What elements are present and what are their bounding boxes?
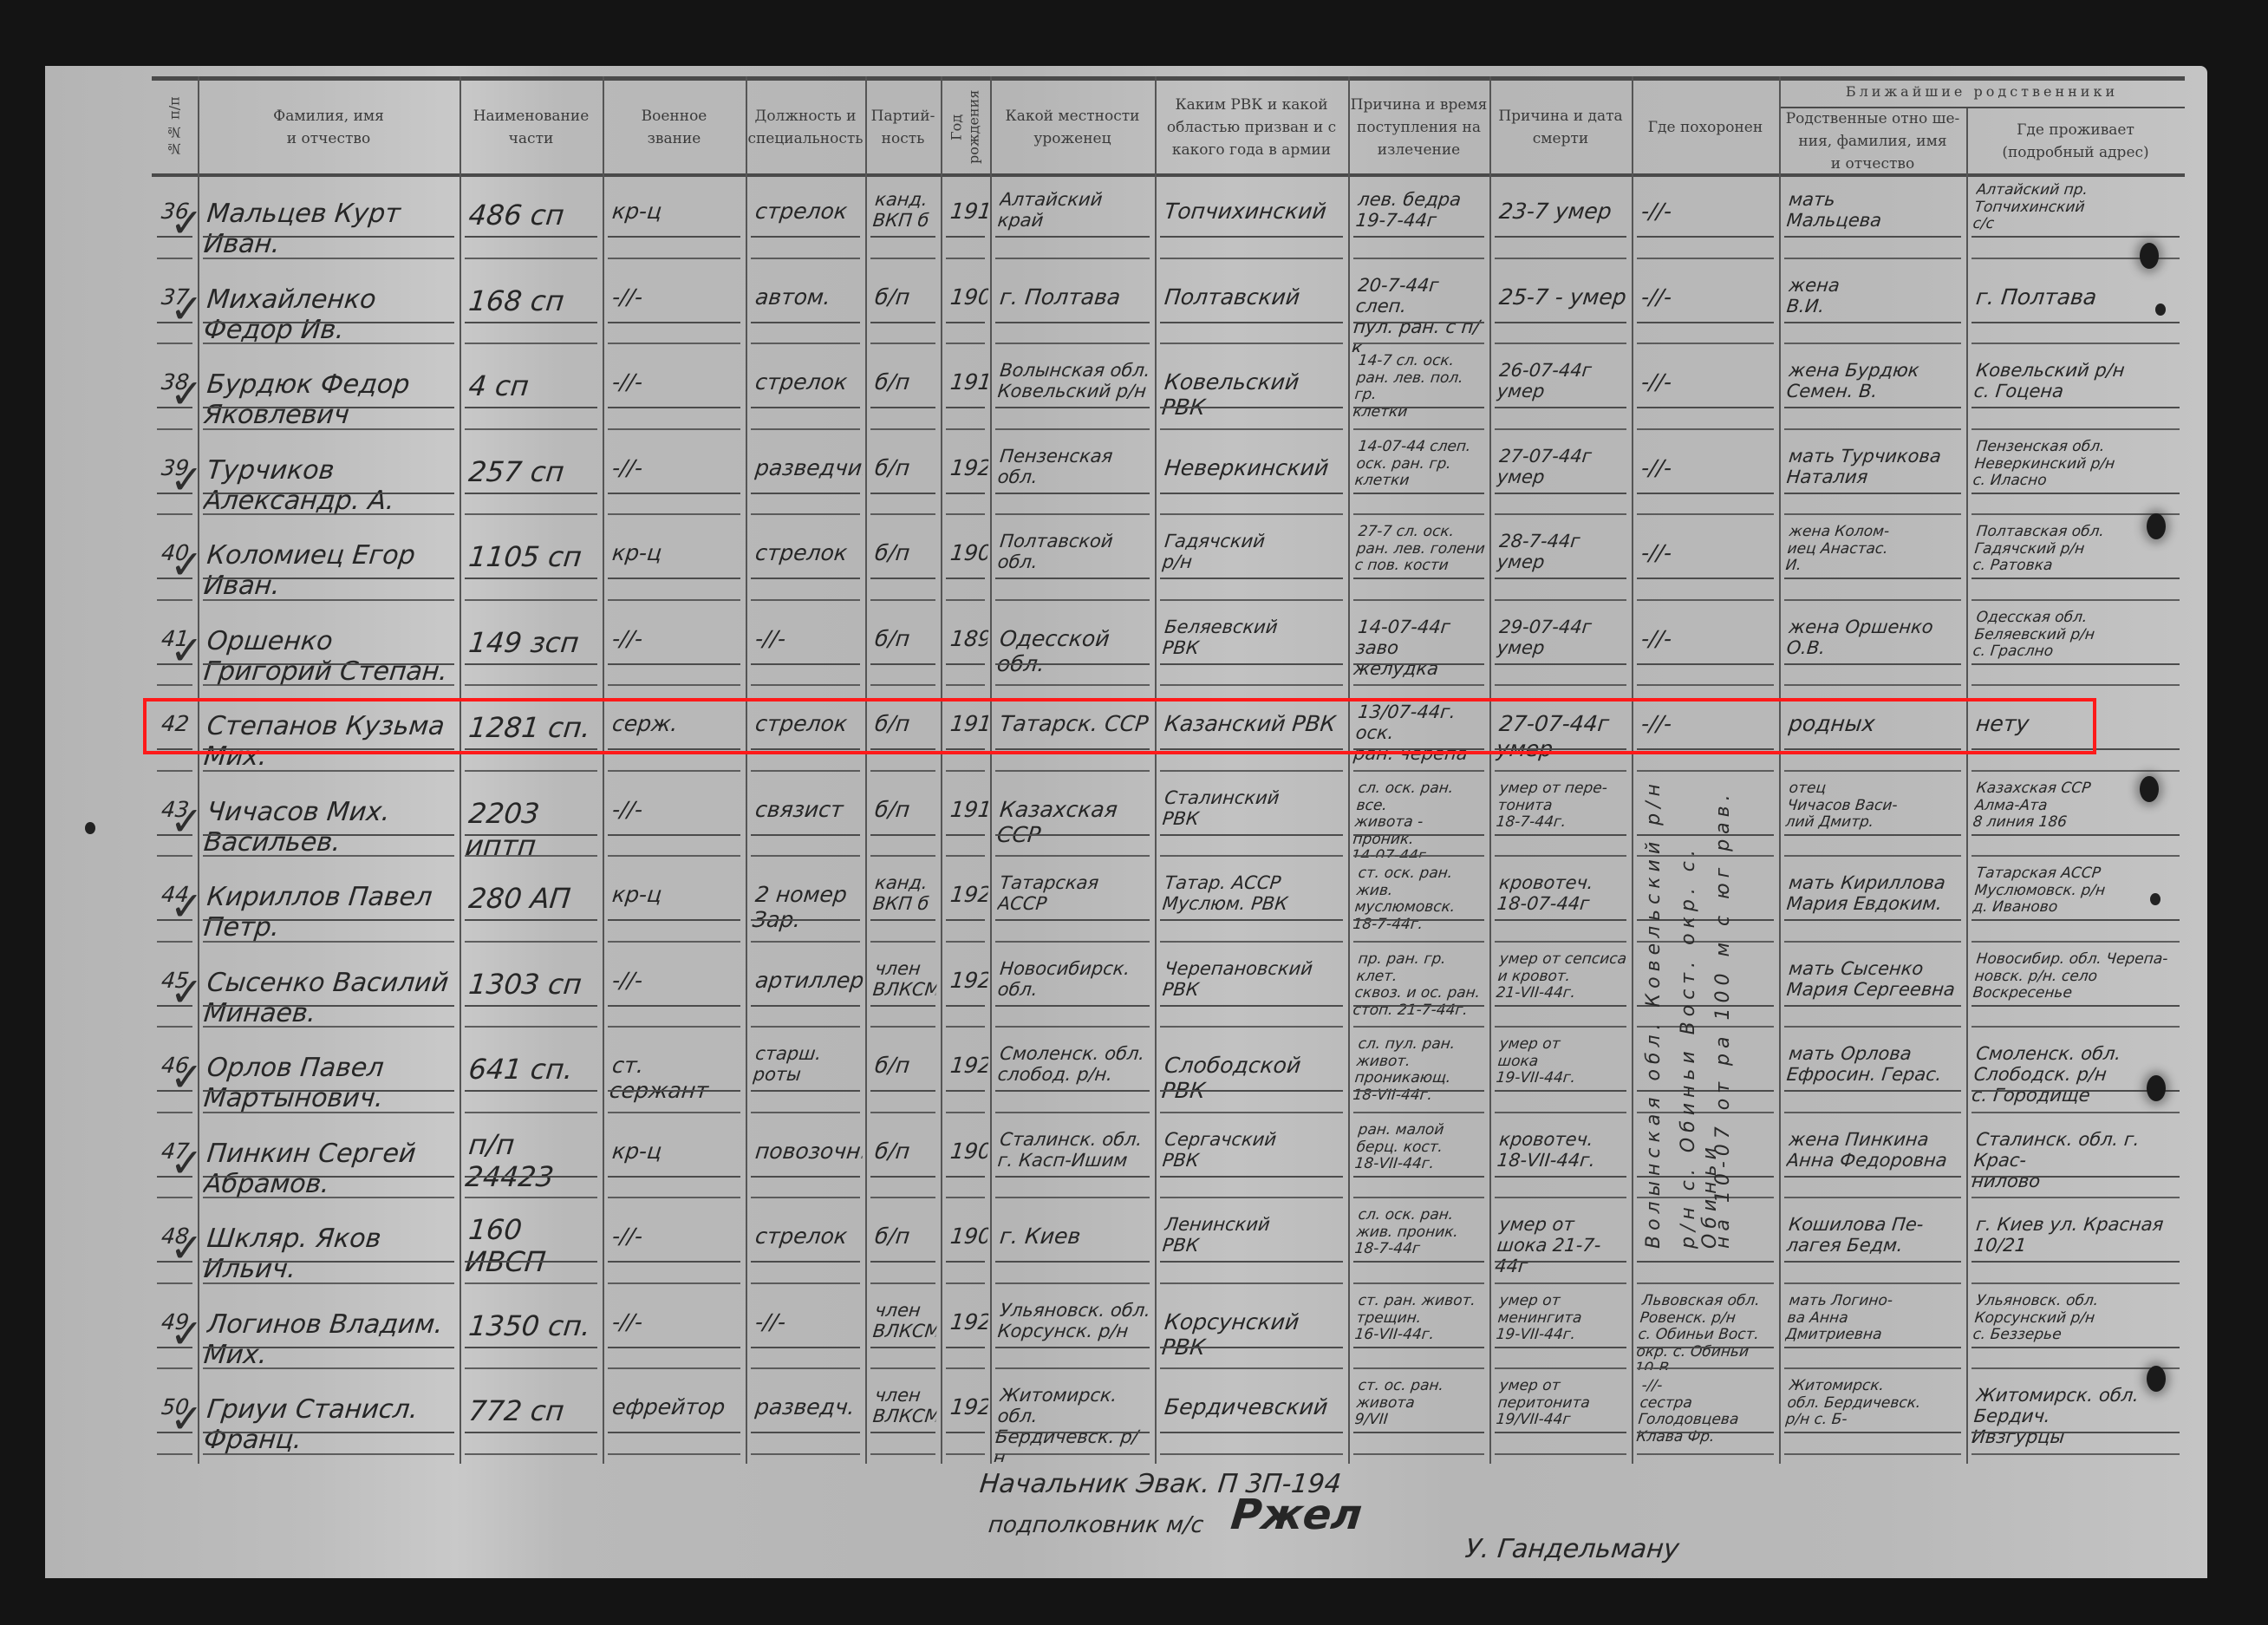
cell-address: Сталинск. обл. г. Крас- нилово <box>1969 1129 2183 1206</box>
cell-death: умер от шока 19-VII-44г. <box>1492 1036 1630 1113</box>
cell-underline <box>608 663 740 665</box>
row-rule <box>1495 1112 1626 1113</box>
row-rule <box>608 1282 740 1284</box>
cell-admitted: 27-7 сл. оск. ран. лев. голени с пов. ко… <box>1351 524 1488 601</box>
row-rule <box>1160 941 1343 943</box>
cell-party: б/п <box>868 1054 939 1131</box>
row-rule <box>1353 941 1484 943</box>
row-rule <box>870 1367 935 1369</box>
row-rule <box>608 684 740 686</box>
cell-underline <box>1353 1347 1484 1348</box>
cell-name: Гриуи Станисл. Франц. <box>200 1395 458 1472</box>
cell-underline <box>1784 493 1961 494</box>
cell-underline <box>995 493 1150 494</box>
row-rule <box>1637 343 1774 344</box>
cell-rank: ст. сержант <box>605 1054 744 1131</box>
cell-admitted: 14-07-44г заво желудка <box>1351 617 1488 694</box>
row-rule <box>870 258 935 259</box>
row-rule <box>608 258 740 259</box>
row-rule <box>1495 855 1626 857</box>
row-rule <box>157 1197 192 1198</box>
check-mark-icon: ✓ <box>170 285 204 332</box>
cell-name: Шкляр. Яков Ильич. <box>200 1224 458 1302</box>
row-rule <box>1495 1197 1626 1198</box>
cell-underline <box>1495 493 1626 494</box>
cell-underline <box>1495 236 1626 238</box>
row-rule <box>1784 941 1961 943</box>
punch-hole <box>2140 243 2159 269</box>
row-rule <box>995 684 1150 686</box>
row-rule <box>1637 258 1774 259</box>
cell-underline <box>1784 322 1961 323</box>
row-rule <box>751 1453 860 1455</box>
cell-relative: жена Пинкина Анна Федоровна <box>1782 1129 1965 1206</box>
cell-underline <box>1637 407 1774 408</box>
cell-admitted: сл. оск. ран. жив. проник. 18-7-44г <box>1351 1207 1488 1284</box>
cell-party: канд. ВКП б <box>868 872 939 950</box>
row-rule <box>1353 1453 1484 1455</box>
row-rule <box>465 684 597 686</box>
row-rule <box>1353 855 1484 857</box>
cell-underline <box>946 1090 985 1092</box>
check-mark-icon: ✓ <box>170 199 204 246</box>
cell-underline <box>995 407 1150 408</box>
row-rule <box>203 684 454 686</box>
cell-underline <box>1353 578 1484 579</box>
cell-death: 26-07-44г умер <box>1492 360 1630 437</box>
cell-underline <box>1495 1176 1626 1178</box>
burial-note-line-3: на 10-07 от ра 100 м с юг рав. <box>1712 763 1734 1249</box>
cell-buried: Львовская обл. Ровенск. р/н с. Обиньи Во… <box>1634 1293 1777 1370</box>
check-mark-icon: ✓ <box>170 1139 204 1186</box>
cell-admitted: ст. оск. ран. жив. муслюмовск. 18-7-44г. <box>1351 865 1488 943</box>
cell-underline <box>1353 1090 1484 1092</box>
row-rule <box>1353 1367 1484 1369</box>
cell-unit: 160 ИВСП <box>462 1214 601 1291</box>
cell-rank: кр-ц <box>605 1139 744 1217</box>
cell-underline <box>995 1432 1150 1433</box>
cell-underline <box>1971 322 2180 323</box>
row-rule <box>1495 1282 1626 1284</box>
cell-underline <box>203 322 454 323</box>
cell-address: Одесская обл. Беляевский р/н с. Граслно <box>1969 610 2183 687</box>
row-rule <box>995 941 1150 943</box>
row-rule <box>203 1197 454 1198</box>
row-rule <box>995 770 1150 772</box>
cell-origin: Алтайский край <box>993 189 1153 266</box>
check-mark-icon: ✓ <box>170 541 204 588</box>
cell-underline <box>946 834 985 836</box>
cell-underline <box>1495 834 1626 836</box>
cell-underline <box>1353 1176 1484 1178</box>
column-divider <box>603 76 604 1464</box>
column-header-address: Где проживает (подробный адрес) <box>1966 108 2185 173</box>
row-rule <box>1495 941 1626 943</box>
cell-name: Кириллов Павел Петр. <box>200 883 458 960</box>
cell-underline <box>946 236 985 238</box>
cell-underline <box>995 663 1150 665</box>
cell-rvk: Ковельский РВК <box>1157 370 1346 447</box>
cell-underline <box>1353 1005 1484 1007</box>
row-rule <box>1160 770 1343 772</box>
cell-name: Коломиец Егор Иван. <box>200 541 458 618</box>
cell-underline <box>1971 407 2180 408</box>
row-rule <box>946 1197 985 1198</box>
cell-underline <box>946 919 985 921</box>
cell-death: умер от сепсиса и кровот. 21-VII-44г. <box>1492 951 1630 1028</box>
cell-underline <box>1160 834 1343 836</box>
cell-party: б/п <box>868 456 939 533</box>
column-header-death: Причина и дата смерти <box>1489 81 1632 173</box>
row-rule <box>157 258 192 259</box>
cell-underline <box>1160 1347 1343 1348</box>
row-rule <box>1971 855 2180 857</box>
cell-underline <box>1353 493 1484 494</box>
row-rule <box>1784 1026 1961 1028</box>
cell-position: артиллер. <box>748 969 864 1046</box>
row-rule <box>465 855 597 857</box>
cell-underline <box>203 1176 454 1178</box>
row-rule <box>751 1282 860 1284</box>
row-rule <box>203 941 454 943</box>
cell-underline <box>946 578 985 579</box>
row-rule <box>608 941 740 943</box>
cell-underline <box>870 834 935 836</box>
row-rule <box>1784 1453 1961 1455</box>
row-rule <box>608 855 740 857</box>
cell-underline <box>608 1176 740 1178</box>
row-rule <box>946 1026 985 1028</box>
row-rule <box>751 513 860 515</box>
cell-party: б/п <box>868 1224 939 1302</box>
row-rule <box>946 1453 985 1455</box>
column-header-num: №№ п/п <box>152 81 198 173</box>
highlighted-row-box <box>143 698 2096 754</box>
cell-underline <box>1495 407 1626 408</box>
cell-underline <box>870 322 935 323</box>
cell-underline <box>465 1176 597 1178</box>
cell-rank: -//- <box>605 969 744 1046</box>
row-rule <box>203 428 454 430</box>
cell-underline <box>995 236 1150 238</box>
punch-hole <box>2155 303 2166 316</box>
cell-underline <box>946 322 985 323</box>
row-rule <box>751 855 860 857</box>
column-header-rank: Военное звание <box>603 81 746 173</box>
cell-underline <box>870 1090 935 1092</box>
row-rule <box>1784 770 1961 772</box>
cell-underline <box>1353 834 1484 836</box>
cell-relative: мать Кириллова Мария Евдоким. <box>1782 872 1965 950</box>
cell-rank: -//- <box>605 798 744 875</box>
cell-rvk: Корсунский РВК <box>1157 1310 1346 1387</box>
cell-relative: мать Сысенко Мария Сергеевна <box>1782 958 1965 1035</box>
cell-underline <box>870 1261 935 1263</box>
row-rule <box>465 1282 597 1284</box>
cell-unit: п/п 24423 <box>462 1129 601 1206</box>
cell-underline <box>1160 663 1343 665</box>
row-rule <box>1971 1112 2180 1113</box>
cell-name: Мальцев Курт Иван. <box>200 199 458 277</box>
cell-underline <box>1637 1432 1774 1433</box>
row-rule <box>1160 599 1343 601</box>
row-rule <box>1971 1197 2180 1198</box>
cell-underline <box>465 1432 597 1433</box>
row-rule <box>870 599 935 601</box>
row-rule <box>995 1197 1150 1198</box>
row-rule <box>203 258 454 259</box>
cell-underline <box>751 1090 860 1092</box>
cell-party: б/п <box>868 798 939 875</box>
cell-underline <box>870 1176 935 1178</box>
cell-underline <box>995 1176 1150 1178</box>
row-rule <box>946 258 985 259</box>
cell-party: член ВЛКСМ <box>868 1385 939 1462</box>
signature-rank: подполковник м/с <box>987 1513 1204 1539</box>
cell-underline <box>1971 1176 2180 1178</box>
cell-underline <box>465 578 597 579</box>
row-rule <box>995 428 1150 430</box>
row-rule <box>946 428 985 430</box>
row-rule <box>1784 513 1961 515</box>
row-rule <box>1495 343 1626 344</box>
cell-unit: 257 сп <box>462 456 601 533</box>
row-rule <box>995 258 1150 259</box>
cell-name: Бурдюк Федор Яковлевич <box>200 370 458 447</box>
cell-party: член ВЛКСМ <box>868 1300 939 1377</box>
cell-underline <box>751 834 860 836</box>
row-rule <box>203 1112 454 1113</box>
row-rule <box>1971 1282 2180 1284</box>
cell-underline <box>465 236 597 238</box>
cell-underline <box>608 1005 740 1007</box>
cell-underline <box>465 493 597 494</box>
cell-underline <box>608 1347 740 1348</box>
row-rule <box>465 258 597 259</box>
cell-underline <box>751 1261 860 1263</box>
cell-unit: 1105 сп <box>462 541 601 618</box>
cell-underline <box>203 1005 454 1007</box>
cell-rvk: Полтавский <box>1157 285 1346 362</box>
row-rule <box>870 428 935 430</box>
cell-underline <box>1160 1432 1343 1433</box>
cell-admitted: ст. ос. ран. живота 9/VII <box>1351 1378 1488 1455</box>
column-divider <box>865 76 867 1464</box>
row-rule <box>1160 1453 1343 1455</box>
punch-hole <box>85 822 95 834</box>
row-rule <box>751 428 860 430</box>
cell-admitted: 14-7 сл. оск. ран. лев. пол. гр. клетки <box>1351 353 1488 430</box>
column-divider <box>1632 76 1633 1464</box>
row-rule <box>1971 1367 2180 1369</box>
cell-underline <box>1353 1432 1484 1433</box>
cell-underline <box>870 1432 935 1433</box>
cell-underline <box>1971 493 2180 494</box>
cell-underline <box>1971 1005 2180 1007</box>
cell-underline <box>1495 1090 1626 1092</box>
cell-underline <box>1784 1347 1961 1348</box>
cell-underline <box>203 663 454 665</box>
cell-rvk: Сталинский РВК <box>1157 787 1346 865</box>
cell-rank: -//- <box>605 456 744 533</box>
cell-underline <box>751 1432 860 1433</box>
row-rule <box>1160 684 1343 686</box>
cell-underline <box>465 1261 597 1263</box>
cell-position: 2 номер Зар. <box>748 883 864 960</box>
header-group-relatives: Ближайшие родственники <box>1779 76 2185 107</box>
cell-underline <box>870 1005 935 1007</box>
cell-address: г. Киев ул. Красная 10/21 <box>1969 1214 2183 1291</box>
column-header-party: Партий- ность <box>865 81 941 173</box>
cell-party: б/п <box>868 1139 939 1217</box>
cell-underline <box>203 407 454 408</box>
cell-position: разведч. <box>748 1395 864 1472</box>
cell-underline <box>465 1090 597 1092</box>
cell-admitted: пр. ран. гр. клет. сквоз. и ос. ран. сто… <box>1351 951 1488 1028</box>
cell-underline <box>1637 663 1774 665</box>
row-rule <box>1160 855 1343 857</box>
cell-underline <box>608 322 740 323</box>
cell-underline <box>608 236 740 238</box>
row-rule <box>870 770 935 772</box>
cell-position: старш. роты <box>748 1043 864 1120</box>
cell-relative: жена В.И. <box>1782 275 1965 352</box>
cell-underline <box>1784 834 1961 836</box>
cell-born: 1926г. <box>943 1310 988 1387</box>
cell-underline <box>1637 578 1774 579</box>
cell-unit: 1303 сп <box>462 969 601 1046</box>
cell-buried: -//- <box>1634 199 1777 277</box>
cell-death: умер от перитонита 19/VII-44г <box>1492 1378 1630 1455</box>
row-rule <box>1971 428 2180 430</box>
cell-buried: -//- <box>1634 541 1777 618</box>
cell-underline <box>1160 1090 1343 1092</box>
cell-underline <box>751 236 860 238</box>
cell-origin: Новосибирск. обл. <box>993 958 1153 1035</box>
cell-underline <box>465 919 597 921</box>
cell-underline <box>1353 236 1484 238</box>
cell-unit: 486 сп <box>462 199 601 277</box>
cell-origin: Одесской обл. <box>993 627 1153 704</box>
row-rule <box>870 1453 935 1455</box>
signature-mark: Ржел <box>1228 1491 1364 1539</box>
cell-buried: -//- сестра Голодовцева Клава Фр. <box>1634 1378 1777 1455</box>
column-divider <box>1966 108 1968 1464</box>
cell-underline <box>1784 663 1961 665</box>
cell-underline <box>1784 578 1961 579</box>
row-rule <box>946 855 985 857</box>
row-rule <box>995 599 1150 601</box>
row-rule <box>1971 1026 2180 1028</box>
row-rule <box>1495 513 1626 515</box>
cell-underline <box>1353 919 1484 921</box>
row-rule <box>1971 343 2180 344</box>
cell-underline <box>465 1347 597 1348</box>
cell-underline <box>995 322 1150 323</box>
row-rule <box>465 428 597 430</box>
cell-underline <box>751 1176 860 1178</box>
cell-rvk: Ленинский РВК <box>1157 1214 1346 1291</box>
row-rule <box>157 513 192 515</box>
cell-underline <box>751 493 860 494</box>
cell-party: б/п <box>868 370 939 447</box>
cell-underline <box>995 578 1150 579</box>
row-rule <box>751 258 860 259</box>
cell-underline <box>995 1261 1150 1263</box>
cell-position: разведчик <box>748 456 864 533</box>
row-rule <box>751 1026 860 1028</box>
cell-underline <box>1160 578 1343 579</box>
punch-hole <box>2140 776 2159 802</box>
column-header-origin: Какой местности уроженец <box>990 81 1155 173</box>
row-rule <box>608 428 740 430</box>
row-rule <box>1784 1367 1961 1369</box>
cell-origin: Полтавской обл. <box>993 531 1153 608</box>
cell-underline <box>946 1261 985 1263</box>
cell-position: повозочн. <box>748 1139 864 1217</box>
cell-underline <box>1637 493 1774 494</box>
row-rule <box>203 1453 454 1455</box>
cell-death: умер от менингита 19-VII-44г. <box>1492 1293 1630 1370</box>
row-rule <box>1784 258 1961 259</box>
cell-underline <box>751 578 860 579</box>
cell-relative: мать Турчикова Наталия <box>1782 446 1965 523</box>
cell-underline <box>946 493 985 494</box>
cell-unit: 1350 сп. <box>462 1310 601 1387</box>
cell-underline <box>995 1090 1150 1092</box>
cell-origin: г. Киев <box>993 1224 1153 1302</box>
cell-underline <box>1971 1261 2180 1263</box>
row-rule <box>1495 599 1626 601</box>
cell-underline <box>751 1347 860 1348</box>
cell-address: Пензенская обл. Неверкинский р/н с. Илас… <box>1969 439 2183 516</box>
cell-rvk: Татар. АССР Муслюм. РВК <box>1157 872 1346 950</box>
row-rule <box>1160 1026 1343 1028</box>
row-rule <box>870 343 935 344</box>
cell-admitted: 20-7-44г слеп. пул. ран. с п/к <box>1351 275 1488 352</box>
row-rule <box>1971 770 2180 772</box>
cell-origin: Татарская АССР <box>993 872 1153 950</box>
column-header-relative: Родственные отно ше- ния, фамилия, имя и… <box>1779 108 1966 173</box>
cell-position: стрелок <box>748 541 864 618</box>
cell-underline <box>203 1261 454 1263</box>
cell-address: Ковельский р/н с. Гоцена <box>1969 360 2183 437</box>
row-rule <box>1784 343 1961 344</box>
cell-rank: -//- <box>605 285 744 362</box>
column-divider <box>990 76 992 1464</box>
cell-underline <box>1160 1176 1343 1178</box>
check-mark-icon: ✓ <box>170 627 204 674</box>
row-rule <box>1160 258 1343 259</box>
cell-unit: 168 сп <box>462 285 601 362</box>
cell-underline <box>1971 919 2180 921</box>
row-rule <box>1637 1367 1774 1369</box>
check-mark-icon: ✓ <box>170 969 204 1015</box>
cell-name: Турчиков Александр. А. <box>200 456 458 533</box>
cell-relative: мать Орлова Ефросин. Герас. <box>1782 1043 1965 1120</box>
cell-underline <box>1784 1261 1961 1263</box>
row-rule <box>1353 770 1484 772</box>
cell-death: умер от пере- тонита 18-7-44г. <box>1492 780 1630 858</box>
cell-underline <box>465 407 597 408</box>
punch-hole <box>2147 1366 2166 1392</box>
cell-underline <box>1784 1090 1961 1092</box>
cell-underline <box>995 919 1150 921</box>
cell-origin: г. Полтава <box>993 285 1153 362</box>
row-rule <box>465 1112 597 1113</box>
cell-underline <box>1637 1261 1774 1263</box>
cell-buried: -//- <box>1634 285 1777 362</box>
